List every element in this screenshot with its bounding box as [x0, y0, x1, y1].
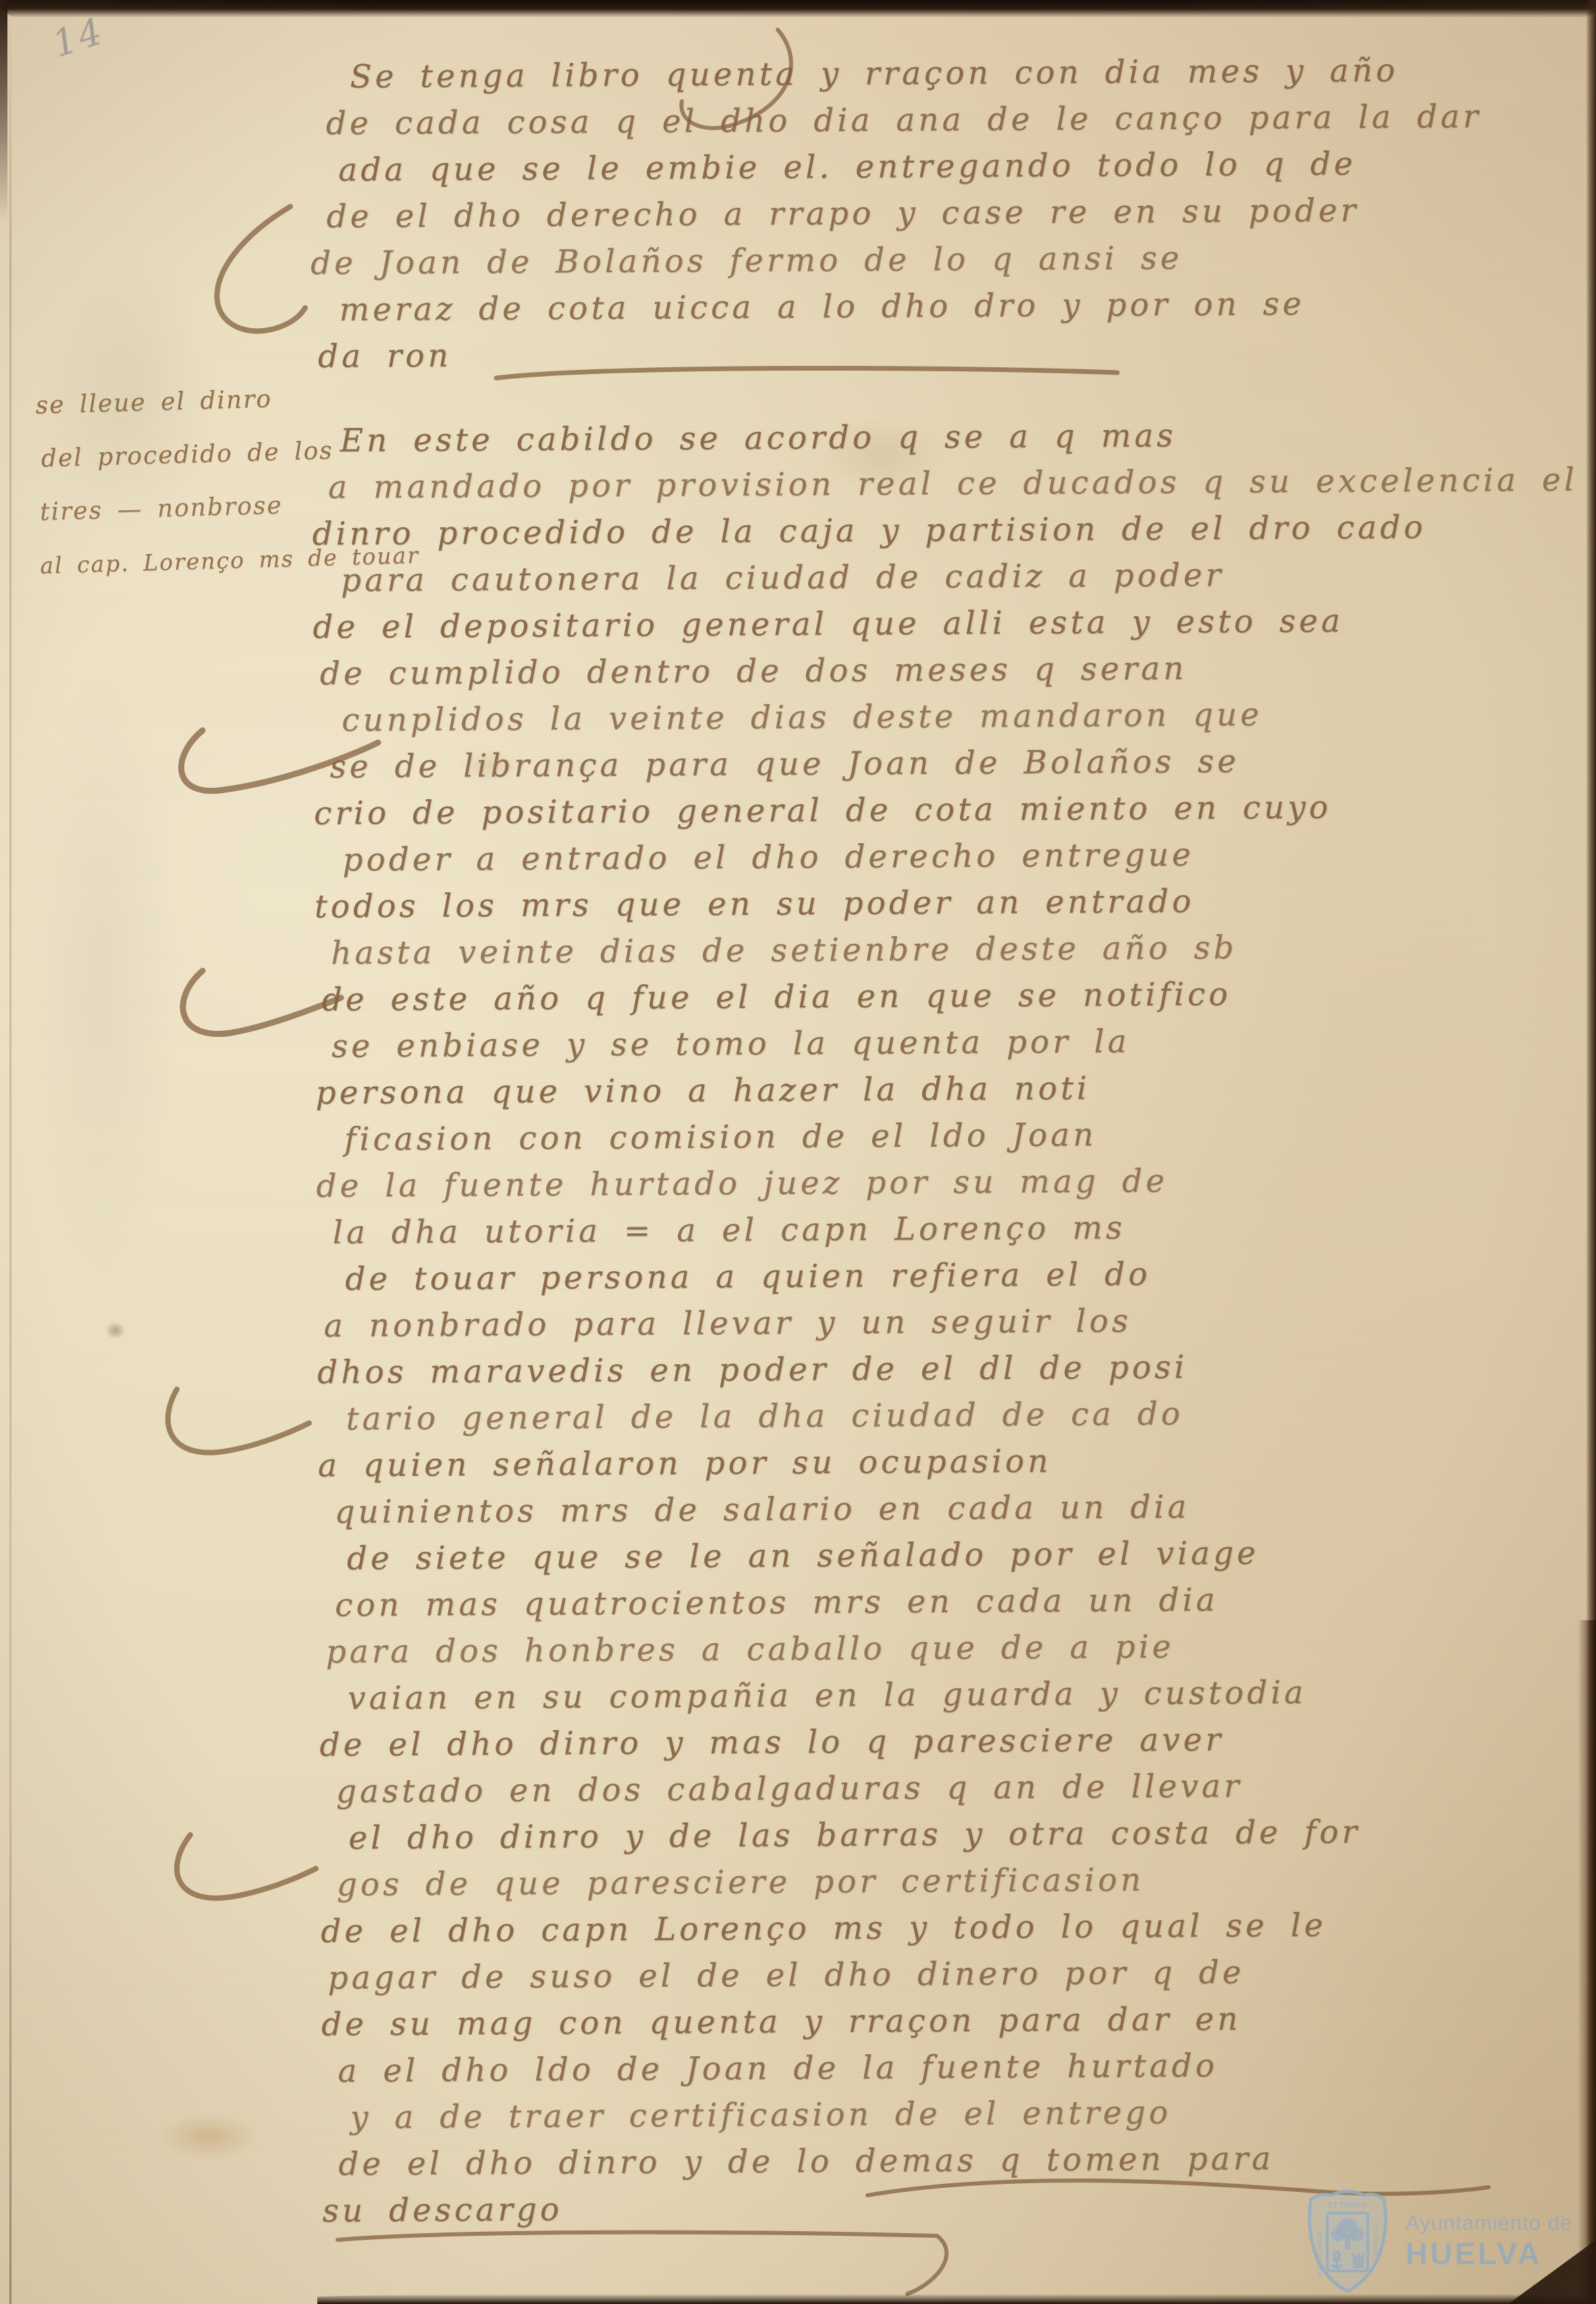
manuscript-line: Se tenga libro quenta y rraçon con dia m… [309, 46, 1585, 101]
manuscript-line: da ron [311, 325, 1587, 380]
manuscript-line: dhos maravedis en poder de el dl de posi [317, 1341, 1593, 1396]
manuscript-line: con mas quatrocientos mrs en cada un dia [319, 1574, 1595, 1629]
manuscript-line: de Joan de Bolaños fermo de lo q ansi se [311, 232, 1587, 287]
left-margin-swash [177, 1835, 316, 1898]
signature-underline-flourish [338, 2232, 947, 2294]
manuscript-line: a quien señalaron por su ocupasion [318, 1435, 1594, 1489]
tower-icon [1352, 2253, 1364, 2268]
manuscript-line: de cumplido dentro de dos meses q seran [313, 643, 1589, 697]
manuscript-line: de el dho dinro y mas lo q paresciere av… [319, 1714, 1595, 1769]
manuscript-line: se de librança para que Joan de Bolaños … [313, 736, 1589, 791]
margin-note-line: tires — nonbrose [38, 479, 296, 539]
manuscript-line: dinro procedido de la caja y partision d… [312, 503, 1588, 558]
manuscript-line: de el dho derecho a rrapo y case re en s… [310, 186, 1586, 240]
manuscript-line: ficasion con comision de el ldo Joan [316, 1108, 1592, 1163]
watermark-org-name: Ayuntamiento de [1406, 2211, 1572, 2235]
manuscript-line: En este cabildo se acordo q se a q mas [311, 410, 1587, 464]
left-margin-swash [217, 207, 305, 331]
manuscript-line: para dos honbres a caballo que de a pie [319, 1621, 1595, 1676]
margin-note: se lleue el dinrodel procedido de lostir… [35, 372, 298, 592]
manuscript-line: la dha utoria = a el capn Lorenço ms [317, 1202, 1593, 1256]
left-crease [9, 0, 11, 2304]
margin-note-line: al cap. Lorenço ms de touar [39, 532, 297, 593]
ink-spot [105, 1322, 126, 1339]
manuscript-line: de su mag con quenta y rraçon para dar e… [321, 1993, 1596, 2048]
manuscript-page: 14 se lleue el dinrodel procedido de los… [0, 0, 1596, 2304]
shield-motto-left: PORTUS MARIS [1316, 2232, 1323, 2278]
show-through-ghost [27, 675, 176, 1283]
manuscript-line: todos los mrs que en su poder an entrado [315, 876, 1591, 930]
shield-motto-right: CUSTODIA [1372, 2226, 1379, 2257]
page-edge-bottom [317, 2294, 1596, 2304]
manuscript-line: poder a entrado el dho derecho entregue [314, 829, 1590, 884]
manuscript-line: meraz de cota uicca a lo dho dro y por o… [311, 279, 1587, 333]
left-margin-swash [168, 1389, 309, 1453]
folio-number: 14 [47, 9, 109, 66]
manuscript-line: de el depositario general que alli esta … [313, 596, 1589, 651]
manuscript-line: a nonbrado para llevar y un seguir los [317, 1295, 1593, 1349]
manuscript-line: quinientos mrs de salario en cada un dia [318, 1481, 1594, 1536]
body-text: Se tenga libro quenta y rraçon con dia m… [309, 46, 1596, 2234]
watermark-text: Ayuntamiento de HUELVA [1406, 2211, 1572, 2272]
manuscript-line: crio de positario general de cota miento… [314, 782, 1590, 837]
manuscript-line: de la fuente hurtado juez por su mag de [316, 1155, 1592, 1210]
watermark-city-name: HUELVA [1406, 2236, 1572, 2272]
manuscript-line: de cada cosa q el dho dia ana de le canç… [310, 92, 1586, 147]
manuscript-line: de este año q fue el dia en que se notif… [315, 969, 1591, 1023]
manuscript-line: de touar persona a quien refiera el do [317, 1248, 1593, 1303]
manuscript-line: cunplidos la veinte dias deste mandaron … [313, 689, 1589, 744]
manuscript-line: ada que se le embie el. entregando todo … [310, 139, 1586, 194]
manuscript-line: se enbiase y se tomo la quenta por la [315, 1015, 1591, 1070]
page-edge-left [0, 0, 7, 223]
manuscript-line: y a de traer certificasion de el entrego [322, 2087, 1596, 2141]
margin-note-line: se lleue el dinro [35, 372, 293, 433]
margin-note-line: del procedido de los [36, 425, 294, 486]
paper-stain [159, 2113, 260, 2160]
archive-watermark: ET TERRÆ PORTUS MARIS CUSTODIA Ayuntamie… [1304, 2190, 1572, 2293]
shield-motto-top: ET TERRÆ [1328, 2201, 1367, 2209]
huelva-coat-of-arms-icon: ET TERRÆ PORTUS MARIS CUSTODIA [1304, 2190, 1391, 2293]
manuscript-line: de siete que se le an señalado por el vi… [319, 1528, 1595, 1582]
manuscript-line: vaian en su compañia en la guarda y cust… [319, 1667, 1595, 1722]
manuscript-line: a el dho ldo de Joan de la fuente hurtad… [321, 2040, 1596, 2095]
manuscript-line: de el dho capn Lorenço ms y todo lo qual… [321, 1900, 1596, 1955]
page-edge-right-lower [1578, 1620, 1596, 2304]
page-edge-top [0, 0, 1596, 18]
manuscript-line: a mandado por provision real ce ducados … [312, 456, 1588, 511]
manuscript-line: tario general de la dha ciudad de ca do [317, 1388, 1593, 1443]
manuscript-line: para cautonera la ciudad de cadiz a pode… [313, 550, 1589, 604]
manuscript-line: pagar de suso el de el dho dinero por q … [321, 1947, 1596, 2002]
manuscript-line: persona que vino a hazer la dha noti [315, 1062, 1591, 1117]
manuscript-line: de el dho dinro y de lo demas q tomen pa… [322, 2133, 1596, 2188]
manuscript-line: hasta veinte dias de setienbre deste año… [315, 922, 1591, 977]
manuscript-line: gos de que paresciere por certificasion [321, 1854, 1596, 1908]
manuscript-line: el dho dinro y de las barras y otra cost… [320, 1807, 1596, 1862]
manuscript-line: gastado en dos cabalgaduras q an de llev… [320, 1761, 1596, 1815]
